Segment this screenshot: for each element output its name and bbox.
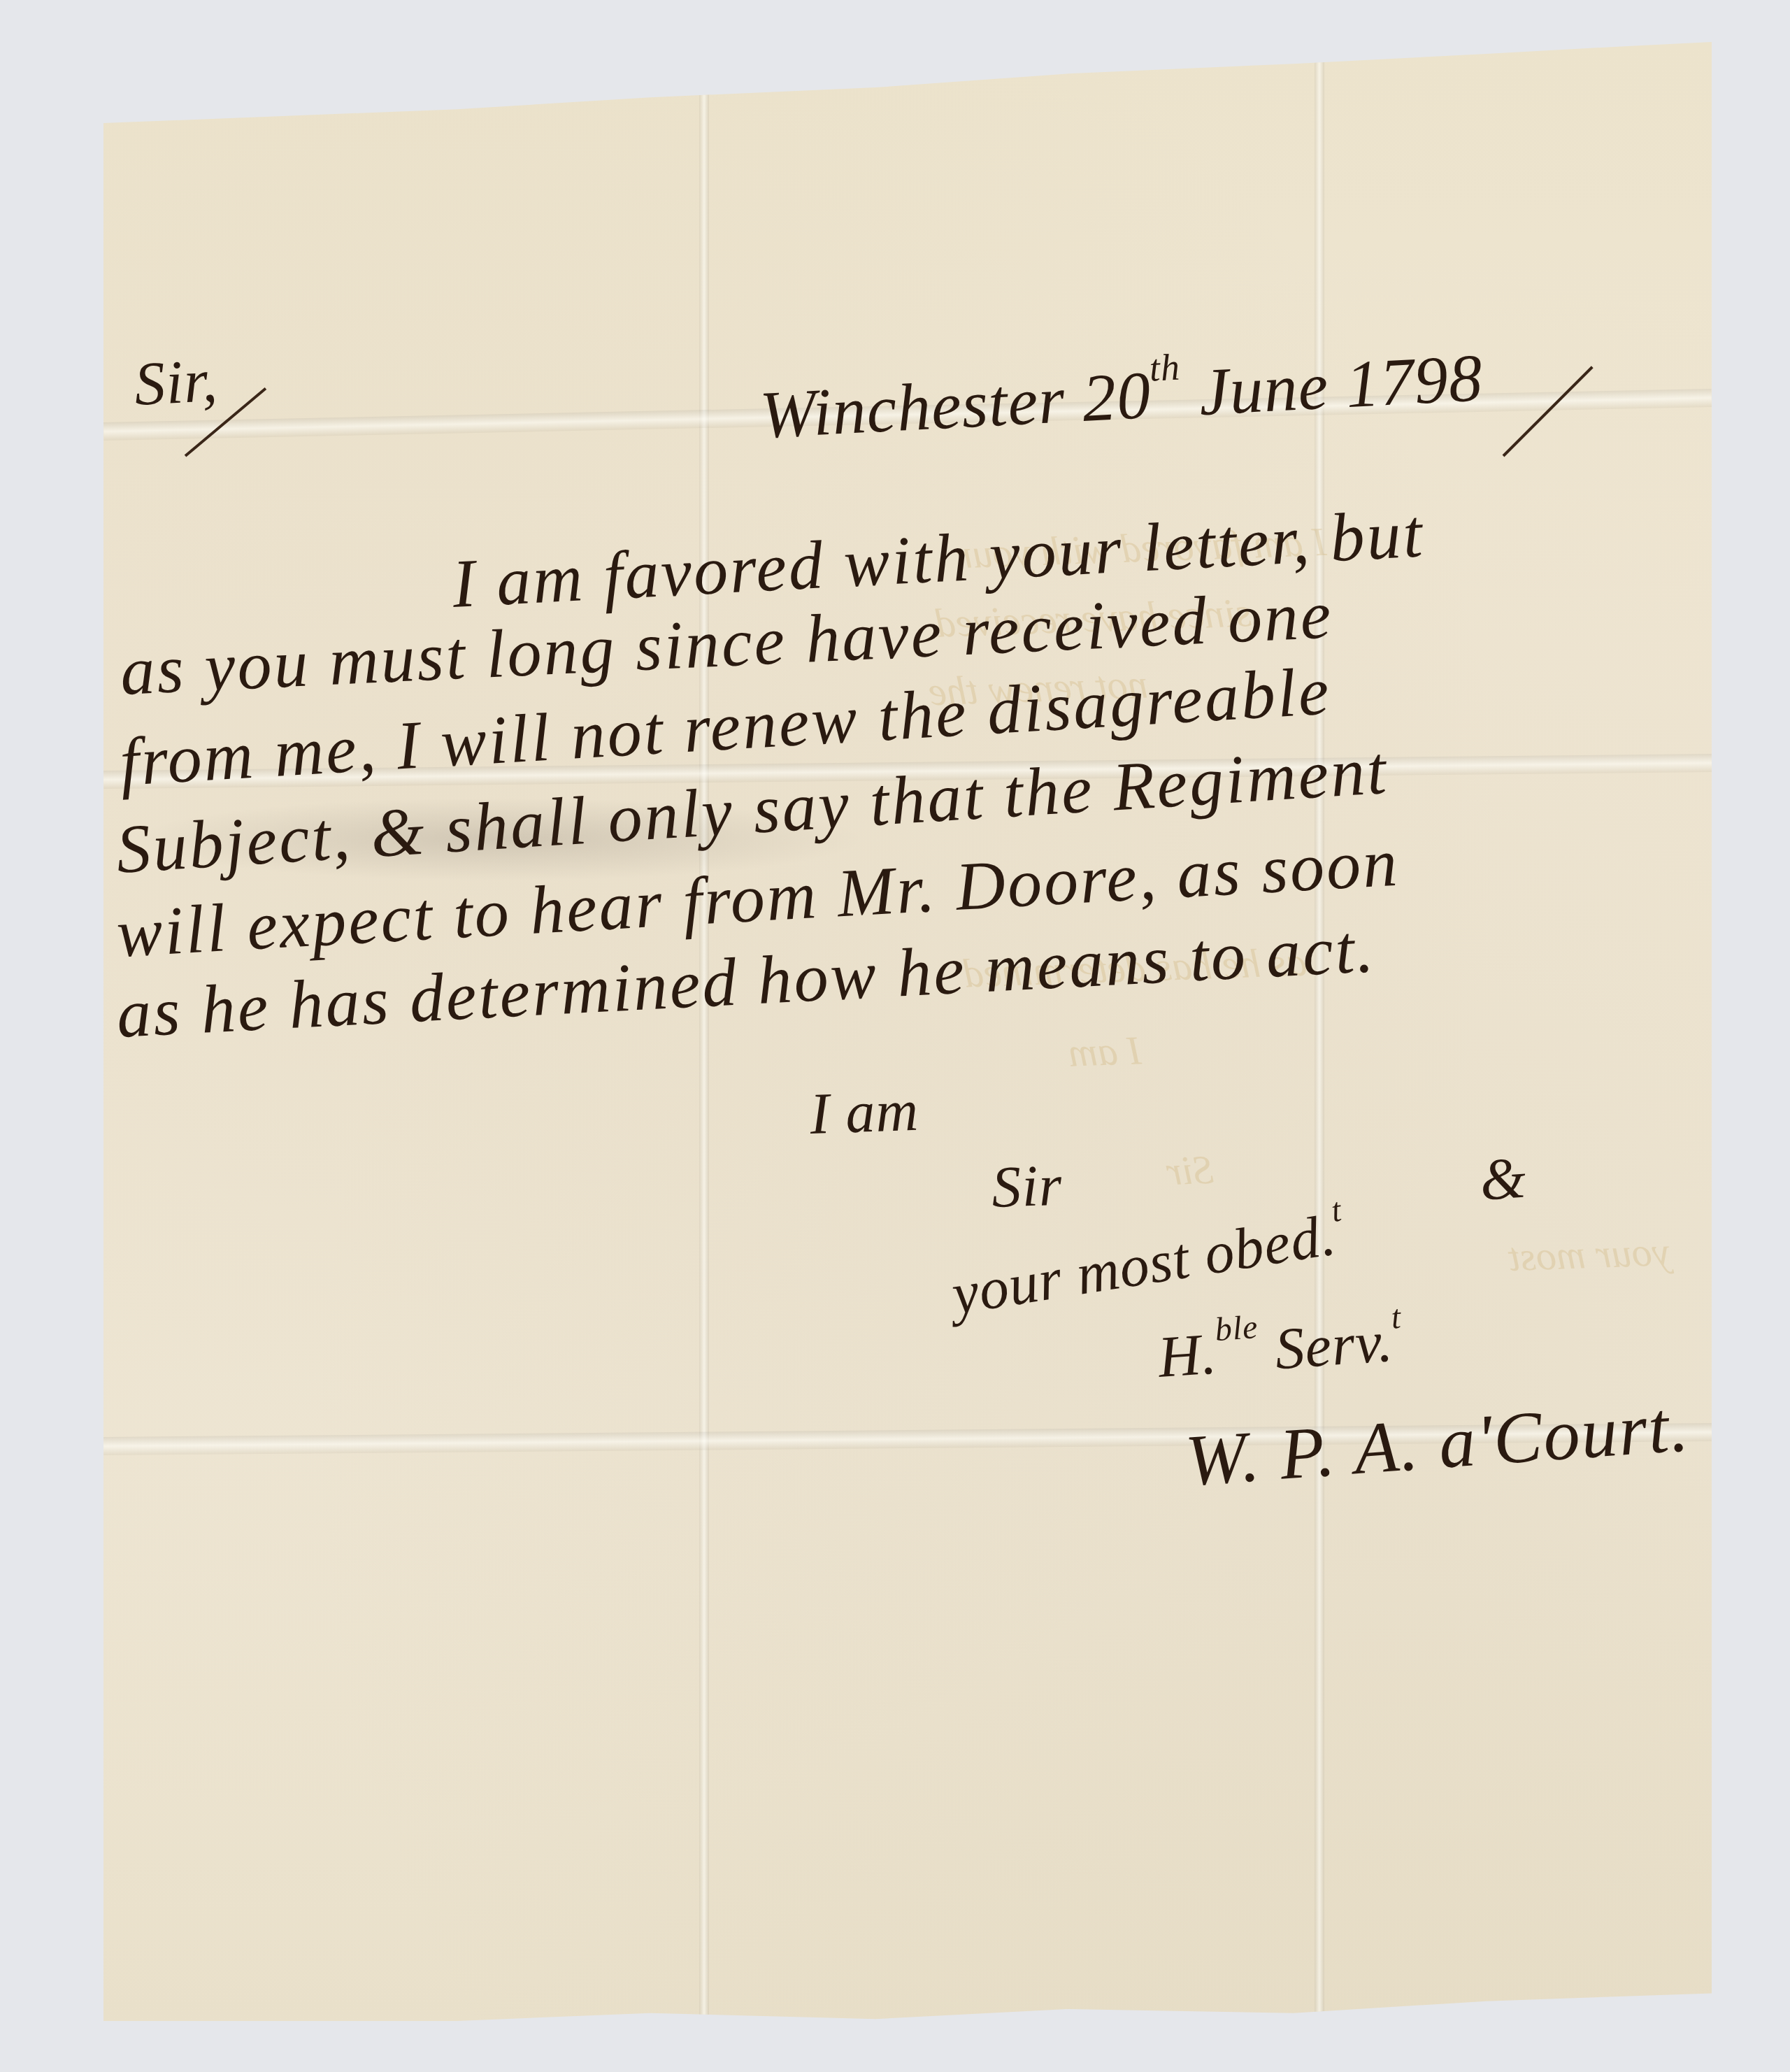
salutation: Sir, (133, 345, 220, 420)
bleed-through-text: Sir (1166, 1146, 1215, 1194)
closing-ampersand: & (1477, 1144, 1528, 1215)
date-place: Winchester (758, 362, 1067, 452)
closing-sir: Sir (991, 1152, 1064, 1222)
date-month: June (1197, 348, 1331, 430)
closing-i-am: I am (809, 1077, 920, 1148)
date-day-suffix: th (1148, 346, 1181, 390)
date-day: 20 (1080, 357, 1152, 436)
date-year: 1798 (1344, 340, 1484, 422)
vertical-fold-left (699, 42, 709, 2021)
bleed-through-text: your most (1508, 1228, 1671, 1280)
bleed-through-text: I am (1068, 1027, 1143, 1076)
